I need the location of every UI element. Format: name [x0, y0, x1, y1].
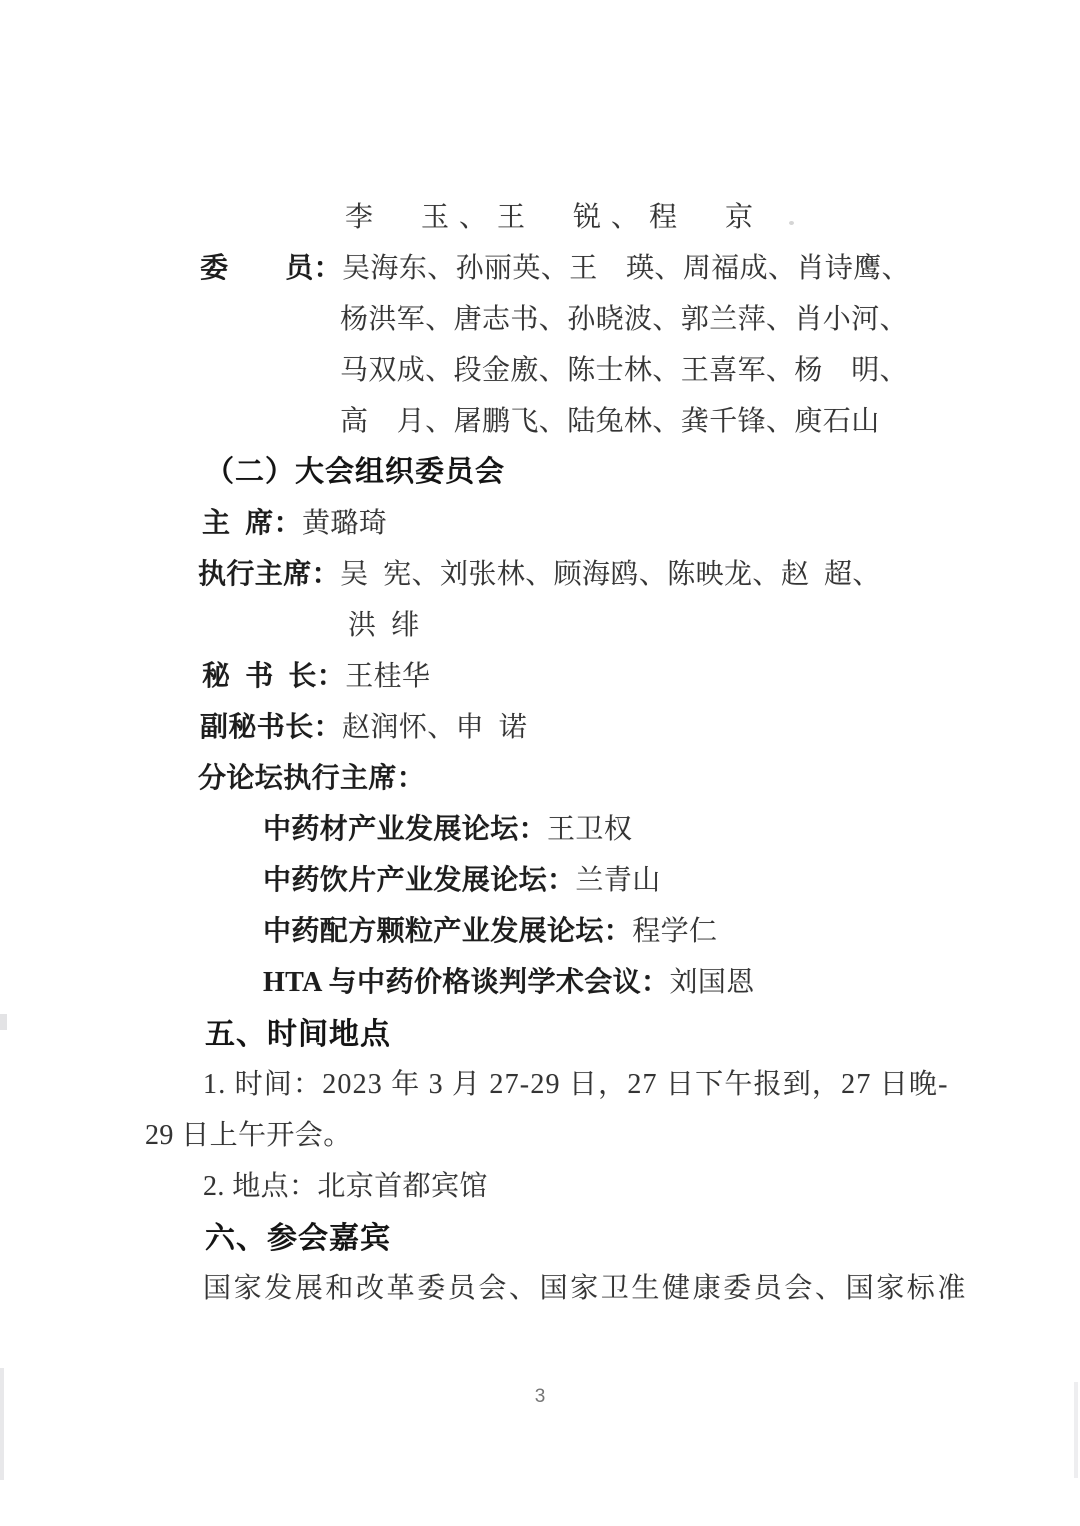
executive-chairmen-line-1: 执行主席：吴 宪、刘张林、顾海鸥、陈映龙、赵 超、 [0, 546, 1080, 597]
line-text: 程学仁 [632, 909, 717, 949]
executive-chairmen-line-2: 洪 绯 [0, 597, 1080, 648]
subforum-decoction-pieces-line: 中药饮片产业发展论坛：兰青山 [0, 852, 1080, 903]
section-heading-time-location: 五、时间地点 [0, 1005, 1080, 1056]
line-label: 六、参会嘉宾 [205, 1213, 391, 1257]
line-text: 2. 地点：北京首都宾馆 [203, 1164, 488, 1204]
line-text: 高 月、屠鹏飞、陆兔林、龚千锋、庾石山 [340, 399, 880, 439]
line-text: 黄璐琦 [302, 501, 387, 541]
committee-members-line-1: 委 员：吴海东、孙丽英、王 瑛、周福成、肖诗鹰、 [0, 240, 1080, 291]
line-label: 中药材产业发展论坛： [263, 807, 547, 847]
line-text: 马双成、段金廒、陈士林、王喜军、杨 明、 [340, 348, 908, 388]
line-text: 李 玉、王 锐、程 京 [345, 195, 763, 235]
line-text: 王卫权 [547, 807, 632, 847]
committee-members-line-4: 高 月、屠鹏飞、陆兔林、龚千锋、庾石山 [0, 393, 1080, 444]
page-number: 3 [0, 1386, 1080, 1408]
line-text: 杨洪军、唐志书、孙晓波、郭兰萍、肖小河、 [340, 297, 908, 337]
line-text: 王桂华 [345, 654, 430, 694]
line-label: 主 席： [202, 501, 302, 541]
scan-artifact-left-edge [0, 1368, 4, 1480]
line-label: 五、时间地点 [205, 1009, 391, 1053]
line-text: 刘国恩 [669, 960, 754, 1000]
line-label: 分论坛执行主席： [198, 756, 425, 796]
time-line-1: 1. 时间：2023 年 3 月 27-29 日，27 日下午报到，27 日晚- [0, 1056, 1080, 1107]
document-page: 李 玉、王 锐、程 京委 员：吴海东、孙丽英、王 瑛、周福成、肖诗鹰、杨洪军、唐… [0, 0, 1080, 1526]
line-text: 29 日上午开会。 [145, 1113, 352, 1153]
line-label: （二）大会组织委员会 [205, 449, 505, 490]
standing-committee-names-continued: 李 玉、王 锐、程 京 [0, 189, 1080, 240]
section-heading-organizing-committee: （二）大会组织委员会 [0, 444, 1080, 495]
line-label: 中药配方颗粒产业发展论坛： [263, 909, 632, 949]
line-label: 委 员： [200, 246, 342, 286]
section-heading-guests: 六、参会嘉宾 [0, 1209, 1080, 1260]
committee-members-line-3: 马双成、段金廒、陈士林、王喜军、杨 明、 [0, 342, 1080, 393]
deputy-secretary-general-line: 副秘书长：赵润怀、申 诺 [0, 699, 1080, 750]
subforum-formula-granules-line: 中药配方颗粒产业发展论坛：程学仁 [0, 903, 1080, 954]
subforum-hta-line: HTA 与中药价格谈判学术会议：刘国恩 [0, 954, 1080, 1005]
line-label: 执行主席： [198, 552, 340, 592]
line-text: 兰青山 [575, 858, 660, 898]
subforum-chairs-heading: 分论坛执行主席： [0, 750, 1080, 801]
subforum-materials-line: 中药材产业发展论坛：王卫权 [0, 801, 1080, 852]
line-label: 中药饮片产业发展论坛： [263, 858, 575, 898]
committee-members-line-2: 杨洪军、唐志书、孙晓波、郭兰萍、肖小河、 [0, 291, 1080, 342]
guests-line: 国家发展和改革委员会、国家卫生健康委员会、国家标准 [0, 1260, 1080, 1311]
line-text: 国家发展和改革委员会、国家卫生健康委员会、国家标准 [203, 1266, 968, 1306]
line-text: 1. 时间：2023 年 3 月 27-29 日，27 日下午报到，27 日晚- [203, 1062, 949, 1102]
location-line: 2. 地点：北京首都宾馆 [0, 1158, 1080, 1209]
chairman-line: 主 席：黄璐琦 [0, 495, 1080, 546]
secretary-general-line: 秘 书 长：王桂华 [0, 648, 1080, 699]
document-content: 李 玉、王 锐、程 京委 员：吴海东、孙丽英、王 瑛、周福成、肖诗鹰、杨洪军、唐… [0, 189, 1080, 1311]
time-line-2: 29 日上午开会。 [0, 1107, 1080, 1158]
line-label: HTA 与中药价格谈判学术会议： [263, 960, 669, 1000]
line-text: 洪 绯 [348, 603, 420, 643]
line-text: 吴海东、孙丽英、王 瑛、周福成、肖诗鹰、 [342, 246, 910, 286]
line-text: 吴 宪、刘张林、顾海鸥、陈映龙、赵 超、 [340, 552, 881, 592]
line-label: 副秘书长： [200, 705, 342, 745]
line-text: 赵润怀、申 诺 [342, 705, 527, 745]
line-label: 秘 书 长： [202, 654, 345, 694]
